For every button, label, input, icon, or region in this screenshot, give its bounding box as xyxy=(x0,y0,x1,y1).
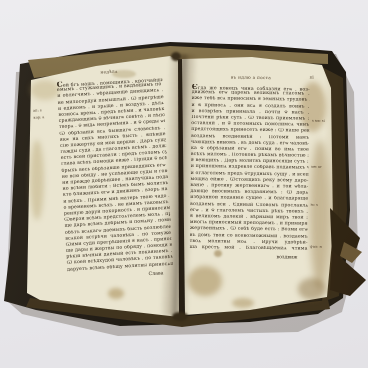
stain xyxy=(30,80,60,100)
binding-knot-bottom xyxy=(172,312,188,321)
margin-note: ѕ мѳ: ѕі xyxy=(312,119,325,123)
stain xyxy=(310,140,330,290)
stain xyxy=(108,288,124,299)
left-page-text: недѣлѧ Сей бгъ нашъ . помощникъ . кротча… xyxy=(56,66,174,283)
margin-note: ап: ѕ xyxy=(33,108,42,112)
left-page-lines: Сей бгъ нашъ . помощникъ . кротчайшимъ .… xyxy=(57,76,174,273)
margin-note: кор: а xyxy=(33,115,44,120)
margin-note: ѱал: н xyxy=(310,245,322,249)
photo-open-antique-book: недѣлѧ Сей бгъ нашъ . помощникъ . кротча… xyxy=(0,0,368,368)
stain xyxy=(232,298,254,308)
stain xyxy=(30,140,44,220)
margin-note: мѳ: кг xyxy=(311,165,322,169)
right-running-head: въ ндлю а поста ѕі xyxy=(192,74,310,82)
right-running-head-label: въ ндлю а поста xyxy=(231,75,271,81)
stain xyxy=(298,278,326,300)
margin-note: іѡ: ѕ xyxy=(310,203,318,207)
binding-knot-top xyxy=(171,52,181,61)
stain xyxy=(188,266,222,296)
right-page-lines: Єгда же конецъ чина соблазни егѡ . воз-д… xyxy=(190,84,310,253)
text-line: ша крестъ мой . Благовѣщаемаѧ чтима xyxy=(190,245,308,253)
folio-number: ѕі xyxy=(310,76,314,82)
right-page-text: въ ндлю а поста ѕі Єгда же конецъ чина с… xyxy=(189,74,310,262)
